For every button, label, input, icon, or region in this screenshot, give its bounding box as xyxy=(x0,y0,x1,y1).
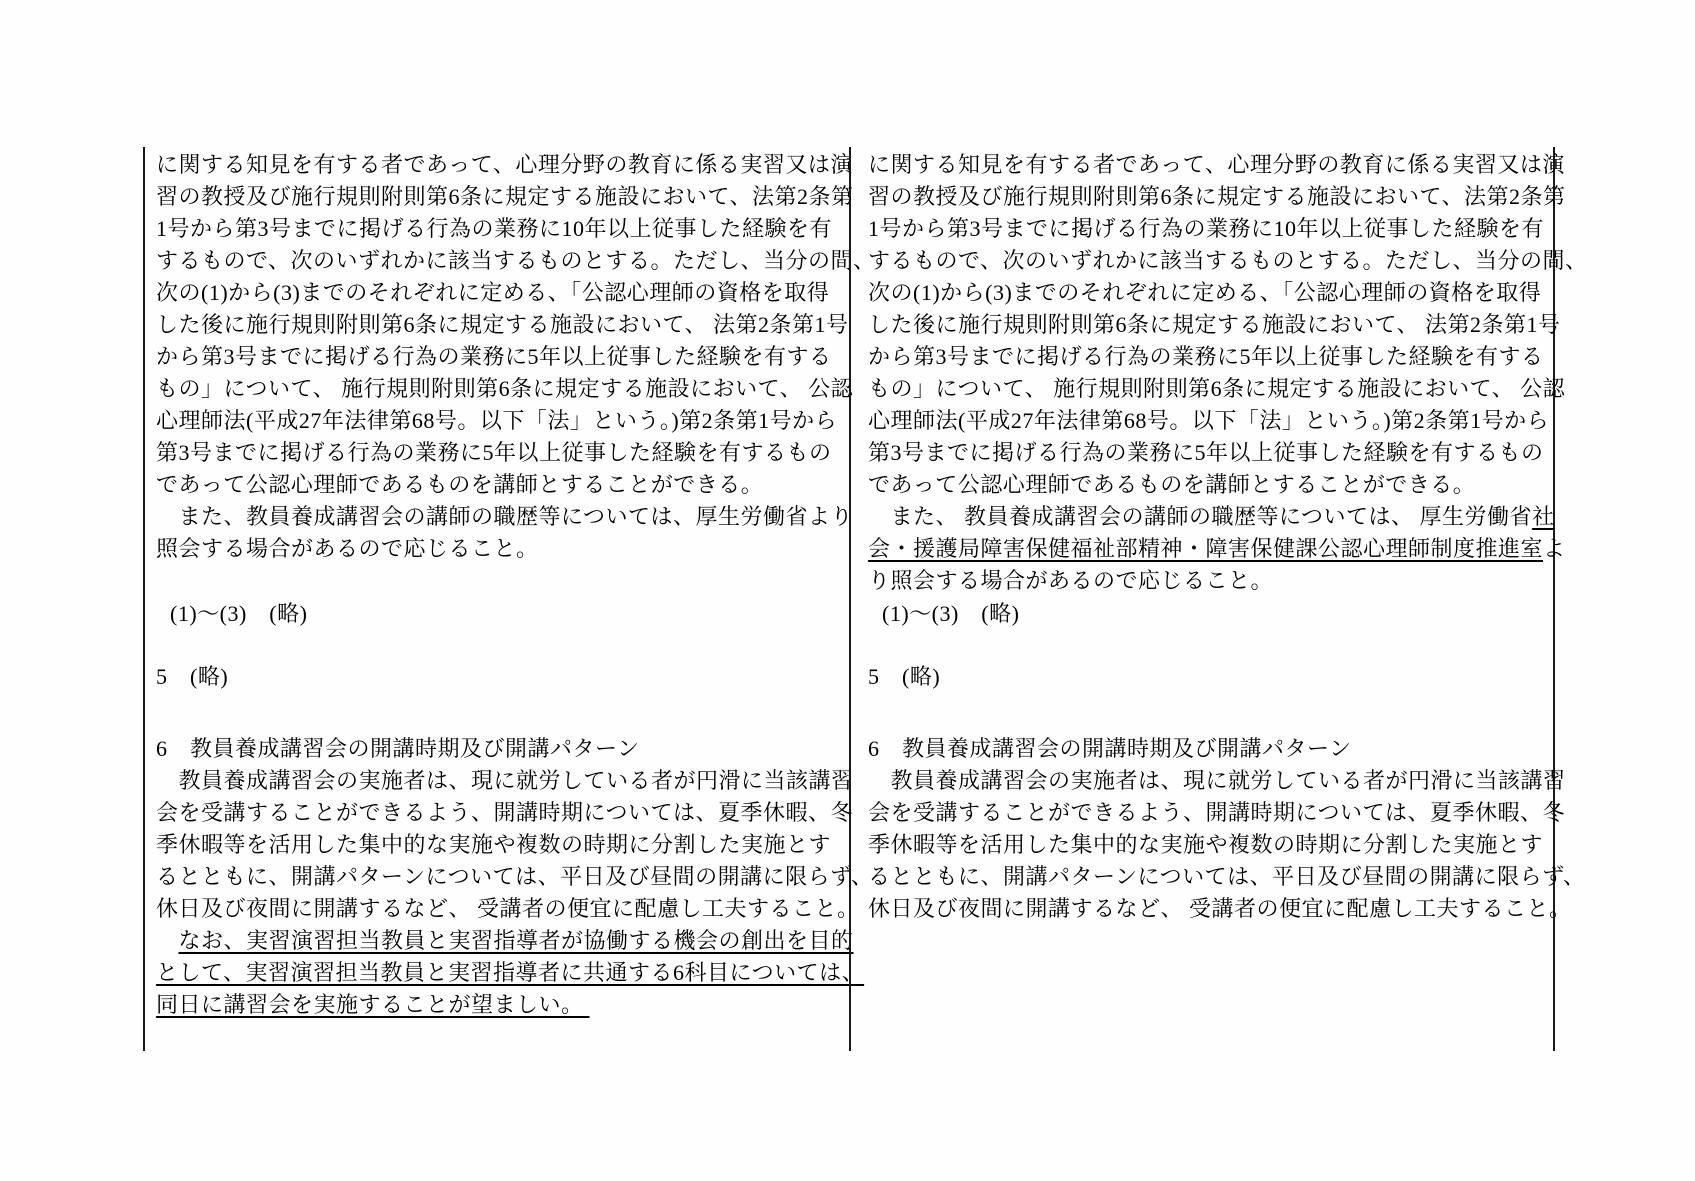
text-run: 1号から第3号までに掲げる行為の業務に10年以上従事した経験を有 xyxy=(868,216,1544,241)
text-run: 6 教員養成講習会の開講時期及び開講パターン xyxy=(868,736,1352,761)
text-line: するもので、次のいずれかに該当するものとする。ただし、当分の間、 xyxy=(868,245,1545,277)
text-line: 教員養成講習会の実施者は、現に就労している者が円滑に当該講習 xyxy=(868,765,1545,797)
text-line: 会を受講することができるよう、開講時期については、夏季休暇、冬 xyxy=(156,797,841,829)
text-line: 習の教授及び施行規則附則第6条に規定する施設において、法第2条第 xyxy=(156,181,841,213)
item-5: 5 (略) xyxy=(156,661,841,693)
text-run: 心理師法(平成27年法律第68号。以下「法」という。)第2条第1号から xyxy=(156,408,837,433)
text-line: として、実習演習担当教員と実習指導者に共通する6科目については、 xyxy=(156,957,841,989)
text-run: に関する知見を有する者であって、心理分野の教育に係る実習又は演 xyxy=(868,152,1565,177)
text-run: 5 (略) xyxy=(156,664,228,689)
text-run: 会を受講することができるよう、開講時期については、夏季休暇、冬 xyxy=(156,800,853,825)
para-6-body: 教員養成講習会の実施者は、現に就労している者が円滑に当該講習会を受講することがで… xyxy=(868,765,1545,925)
text-line: 6 教員養成講習会の開講時期及び開講パターン xyxy=(156,733,841,765)
text-line: 照会する場合があるので応じること。 xyxy=(156,533,841,565)
text-line: 休日及び夜間に開講するなど、 受講者の便宜に配慮し工夫すること。 xyxy=(868,893,1545,925)
text-run: 5 (略) xyxy=(868,664,940,689)
page: に関する知見を有する者であって、心理分野の教育に係る実習又は演習の教授及び施行規… xyxy=(0,0,1695,1181)
text-line: に関する知見を有する者であって、心理分野の教育に係る実習又は演 xyxy=(156,149,841,181)
text-line: するもので、次のいずれかに該当するものとする。ただし、当分の間、 xyxy=(156,245,841,277)
text-run: (1)～(3) (略) xyxy=(882,601,1019,626)
text-line: 会・援護局障害保健福祉部精神・障害保健課公認心理師制度推進室よ xyxy=(868,533,1545,565)
para-inquiry: また、 教員養成講習会の講師の職歴等については、 厚生労働省社会・援護局障害保健… xyxy=(868,501,1545,597)
text-run: 休日及び夜間に開講するなど、 受講者の便宜に配慮し工夫すること。 xyxy=(156,896,860,921)
text-run: 習の教授及び施行規則附則第6条に規定する施設において、法第2条第 xyxy=(156,184,854,209)
text-run: よ xyxy=(1543,536,1566,561)
text-run: 教員養成講習会の実施者は、現に就労している者が円滑に当該講習 xyxy=(868,768,1566,793)
column-left: に関する知見を有する者であって、心理分野の教育に係る実習又は演習の教授及び施行規… xyxy=(143,147,849,1051)
text-line: に関する知見を有する者であって、心理分野の教育に係る実習又は演 xyxy=(868,149,1545,181)
text-line: 次の(1)から(3)までのそれぞれに定める、「公認心理師の資格を取得 xyxy=(868,277,1545,309)
text-line: るとともに、開講パターンについては、平日及び昼間の開講に限らず、 xyxy=(868,861,1545,893)
text-line: 5 (略) xyxy=(868,661,1545,693)
heading-6: 6 教員養成講習会の開講時期及び開講パターン xyxy=(156,733,841,765)
text-run: 季休暇等を活用した集中的な実施や複数の時期に分割した実施とす xyxy=(156,832,831,857)
text-run: (1)～(3) (略) xyxy=(170,601,307,626)
text-line: 同日に講習会を実施することが望ましい。 xyxy=(156,989,841,1021)
item-1-3: (1)～(3) (略) xyxy=(156,598,841,630)
underlined-text: なお、実習演習担当教員と実習指導者が協働する機会の創出を目的 xyxy=(179,928,854,953)
text-line: から第3号までに掲げる行為の業務に5年以上従事した経験を有する xyxy=(156,341,841,373)
text-run: 第3号までに掲げる行為の業務に5年以上従事した経験を有するもの xyxy=(156,440,832,465)
text-run: に関する知見を有する者であって、心理分野の教育に係る実習又は演 xyxy=(156,152,853,177)
text-line: 第3号までに掲げる行為の業務に5年以上従事した経験を有するもの xyxy=(868,437,1545,469)
para-6-body: 教員養成講習会の実施者は、現に就労している者が円滑に当該講習会を受講することがで… xyxy=(156,765,841,925)
text-run xyxy=(156,928,179,953)
text-run: 教員養成講習会の実施者は、現に就労している者が円滑に当該講習 xyxy=(156,768,854,793)
text-run: また、 教員養成講習会の講師の職歴等については、 厚生労働省 xyxy=(868,504,1532,529)
text-line: 1号から第3号までに掲げる行為の業務に10年以上従事した経験を有 xyxy=(156,213,841,245)
underlined-text: 社 xyxy=(1532,504,1555,529)
text-run: 会を受講することができるよう、開講時期については、夏季休暇、冬 xyxy=(868,800,1565,825)
underlined-text: 会・援護局障害保健福祉部精神・障害保健課公認心理師制度推進室 xyxy=(868,536,1543,561)
text-line: 心理師法(平成27年法律第68号。以下「法」という。)第2条第1号から xyxy=(156,405,841,437)
text-run: 季休暇等を活用した集中的な実施や複数の時期に分割した実施とす xyxy=(868,832,1543,857)
para-continued: に関する知見を有する者であって、心理分野の教育に係る実習又は演習の教授及び施行規… xyxy=(868,149,1545,501)
text-line: した後に施行規則附則第6条に規定する施設において、 法第2条第1号 xyxy=(156,309,841,341)
text-run: から第3号までに掲げる行為の業務に5年以上従事した経験を有する xyxy=(156,344,832,369)
text-line: るとともに、開講パターンについては、平日及び昼間の開講に限らず、 xyxy=(156,861,841,893)
text-line: もの」について、 施行規則附則第6条に規定する施設において、 公認 xyxy=(156,373,841,405)
para-inquiry: また、教員養成講習会の講師の職歴等については、厚生労働省より照会する場合があるの… xyxy=(156,501,841,565)
text-run: また、教員養成講習会の講師の職歴等については、厚生労働省より xyxy=(156,504,853,529)
text-line: 季休暇等を活用した集中的な実施や複数の時期に分割した実施とす xyxy=(156,829,841,861)
text-run: 心理師法(平成27年法律第68号。以下「法」という。)第2条第1号から xyxy=(868,408,1549,433)
text-line: 5 (略) xyxy=(156,661,841,693)
text-line: 第3号までに掲げる行為の業務に5年以上従事した経験を有するもの xyxy=(156,437,841,469)
text-run: もの」について、 施行規則附則第6条に規定する施設において、 公認 xyxy=(156,376,853,401)
text-line: また、教員養成講習会の講師の職歴等については、厚生労働省より xyxy=(156,501,841,533)
text-run: 第3号までに掲げる行為の業務に5年以上従事した経験を有するもの xyxy=(868,440,1544,465)
text-run: から第3号までに掲げる行為の業務に5年以上従事した経験を有する xyxy=(868,344,1544,369)
text-line: 季休暇等を活用した集中的な実施や複数の時期に分割した実施とす xyxy=(868,829,1545,861)
text-line: から第3号までに掲げる行為の業務に5年以上従事した経験を有する xyxy=(868,341,1545,373)
text-line: り照会する場合があるので応じること。 xyxy=(868,565,1545,597)
text-run: 照会する場合があるので応じること。 xyxy=(156,536,539,561)
comparison-table: に関する知見を有する者であって、心理分野の教育に係る実習又は演習の教授及び施行規… xyxy=(143,147,1555,1051)
text-run: るとともに、開講パターンについては、平日及び昼間の開講に限らず、 xyxy=(156,864,873,889)
text-run: 次の(1)から(3)までのそれぞれに定める、「公認心理師の資格を取得 xyxy=(868,280,1541,305)
column-right: に関する知見を有する者であって、心理分野の教育に係る実習又は演習の教授及び施行規… xyxy=(849,147,1555,1051)
text-line: もの」について、 施行規則附則第6条に規定する施設において、 公認 xyxy=(868,373,1545,405)
text-line: 会を受講することができるよう、開講時期については、夏季休暇、冬 xyxy=(868,797,1545,829)
text-run: であって公認心理師であるものを講師とすることができる。 xyxy=(868,472,1475,497)
text-run: 6 教員養成講習会の開講時期及び開講パターン xyxy=(156,736,640,761)
text-line: また、 教員養成講習会の講師の職歴等については、 厚生労働省社 xyxy=(868,501,1545,533)
item-1-3: (1)～(3) (略) xyxy=(868,598,1545,630)
text-run: 休日及び夜間に開講するなど、 受講者の便宜に配慮し工夫すること。 xyxy=(868,896,1572,921)
text-line: 心理師法(平成27年法律第68号。以下「法」という。)第2条第1号から xyxy=(868,405,1545,437)
text-line: であって公認心理師であるものを講師とすることができる。 xyxy=(868,469,1545,501)
text-line: であって公認心理師であるものを講師とすることができる。 xyxy=(156,469,841,501)
text-line: 6 教員養成講習会の開講時期及び開講パターン xyxy=(868,733,1545,765)
underlined-text: 同日に講習会を実施することが望ましい。 xyxy=(156,992,590,1017)
text-line: (1)～(3) (略) xyxy=(882,598,1545,630)
text-run: するもので、次のいずれかに該当するものとする。ただし、当分の間、 xyxy=(868,248,1588,273)
text-line: 習の教授及び施行規則附則第6条に規定する施設において、法第2条第 xyxy=(868,181,1545,213)
heading-6: 6 教員養成講習会の開講時期及び開講パターン xyxy=(868,733,1545,765)
underlined-text: として、実習演習担当教員と実習指導者に共通する6科目については、 xyxy=(156,960,864,985)
text-run: り照会する場合があるので応じること。 xyxy=(868,568,1273,593)
text-run: 1号から第3号までに掲げる行為の業務に10年以上従事した経験を有 xyxy=(156,216,832,241)
text-run: もの」について、 施行規則附則第6条に規定する施設において、 公認 xyxy=(868,376,1565,401)
text-line: 1号から第3号までに掲げる行為の業務に10年以上従事した経験を有 xyxy=(868,213,1545,245)
para-nao-addition: なお、実習演習担当教員と実習指導者が協働する機会の創出を目的として、実習演習担当… xyxy=(156,925,841,1021)
text-run: した後に施行規則附則第6条に規定する施設において、 法第2条第1号 xyxy=(156,312,849,337)
text-run: であって公認心理師であるものを講師とすることができる。 xyxy=(156,472,763,497)
text-run: した後に施行規則附則第6条に規定する施設において、 法第2条第1号 xyxy=(868,312,1561,337)
text-line: なお、実習演習担当教員と実習指導者が協働する機会の創出を目的 xyxy=(156,925,841,957)
text-run: 次の(1)から(3)までのそれぞれに定める、「公認心理師の資格を取得 xyxy=(156,280,829,305)
text-line: 教員養成講習会の実施者は、現に就労している者が円滑に当該講習 xyxy=(156,765,841,797)
text-run: するもので、次のいずれかに該当するものとする。ただし、当分の間、 xyxy=(156,248,876,273)
text-line: (1)～(3) (略) xyxy=(170,598,841,630)
text-run: 習の教授及び施行規則附則第6条に規定する施設において、法第2条第 xyxy=(868,184,1566,209)
text-line: 休日及び夜間に開講するなど、 受講者の便宜に配慮し工夫すること。 xyxy=(156,893,841,925)
text-line: した後に施行規則附則第6条に規定する施設において、 法第2条第1号 xyxy=(868,309,1545,341)
text-run: るとともに、開講パターンについては、平日及び昼間の開講に限らず、 xyxy=(868,864,1585,889)
item-5: 5 (略) xyxy=(868,661,1545,693)
para-continued: に関する知見を有する者であって、心理分野の教育に係る実習又は演習の教授及び施行規… xyxy=(156,149,841,501)
text-line: 次の(1)から(3)までのそれぞれに定める、「公認心理師の資格を取得 xyxy=(156,277,841,309)
